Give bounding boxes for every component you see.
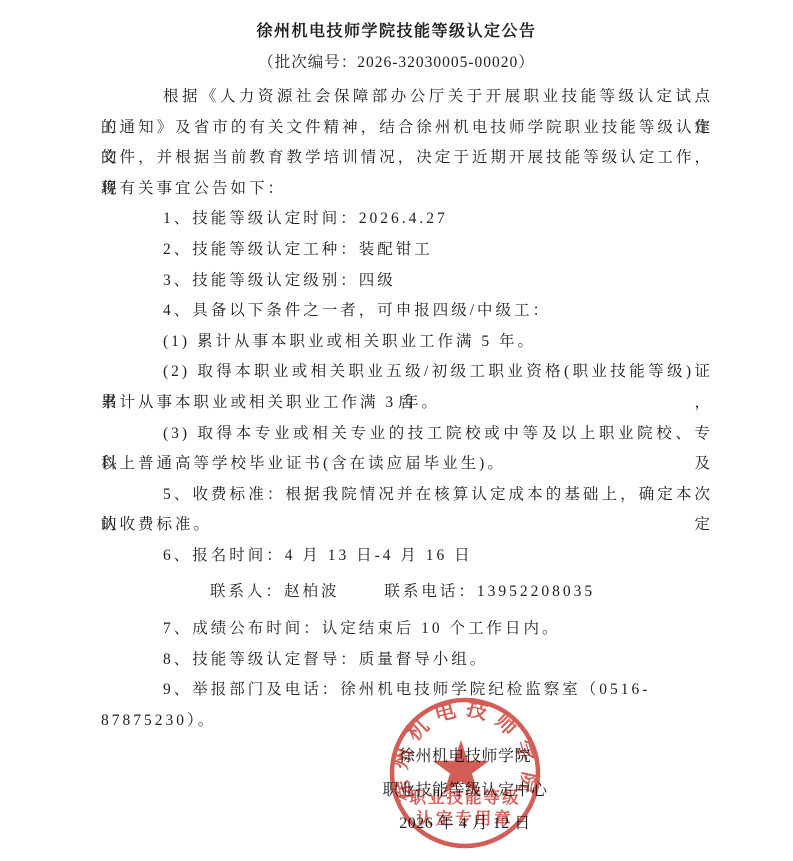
signature-org-line1: 徐州机电技师学院 [315, 740, 615, 774]
body-line: 将有关事宜公告如下： [101, 174, 713, 205]
signature-block: 徐州机电技师学院 职业技能等级认定中心 2026 年 4 月 12 日 [315, 740, 615, 841]
batch-number: （批次编号：2026-32030005-00020） [0, 50, 793, 72]
list-item-1: 1、技能等级认定时间：2026.4.27 [101, 204, 713, 235]
announcement-body: 根据《人力资源社会保障部办公厅关于开展职业技能等级认定试点工作 的通知》及省市的… [101, 82, 713, 706]
list-item-9: 9、举报部门及电话：徐州机电技师学院纪检监察室（0516-87875230）。 [101, 675, 713, 706]
signature-date: 2026 年 4 月 12 日 [315, 807, 615, 841]
contact-phone: 联系电话：13952208035 [384, 583, 595, 600]
list-item-7: 7、成绩公布时间：认定结束后 10 个工作日内。 [101, 614, 713, 645]
list-item-4: 4、具备以下条件之一者，可申报四级/中级工： [101, 296, 713, 327]
page-title: 徐州机电技师学院技能等级认定公告 [0, 18, 793, 41]
list-item-3: 3、技能等级认定级别：四级 [101, 266, 713, 297]
list-item-5: 5、收费标准：根据我院情况并在核算认定成本的基础上，确定本次认定 [101, 480, 713, 511]
list-item-2: 2、技能等级认定工种：装配钳工 [101, 235, 713, 266]
signature-org-line2: 职业技能等级认定中心 [315, 774, 615, 808]
condition-1: (1) 累计从事本职业或相关职业工作满 5 年。 [101, 327, 713, 358]
contact-person: 联系人：赵柏波 [210, 583, 340, 600]
body-line: 的通知》及省市的有关文件精神，结合徐州机电技师学院职业技能等级认定的 [101, 113, 713, 144]
condition-2: (2) 取得本职业或相关职业五级/初级工职业资格(职业技能等级)证书后， [101, 357, 713, 388]
contact-line: 联系人：赵柏波 联系电话：13952208035 [101, 577, 713, 608]
body-line: 文件，并根据当前教育教学培训情况，决定于近期开展技能等级认定工作，现 [101, 143, 713, 174]
document-page: 徐州机电技师学院技能等级认定公告 （批次编号：2026-32030005-000… [0, 0, 793, 861]
condition-3: (3) 取得本专业或相关专业的技工院校或中等及以上职业院校、专科及 [101, 419, 713, 450]
body-line: 根据《人力资源社会保障部办公厅关于开展职业技能等级认定试点工作 [101, 82, 713, 113]
list-item-8: 8、技能等级认定督导：质量督导小组。 [101, 645, 713, 676]
list-item-6: 6、报名时间：4 月 13 日-4 月 16 日 [101, 541, 713, 572]
